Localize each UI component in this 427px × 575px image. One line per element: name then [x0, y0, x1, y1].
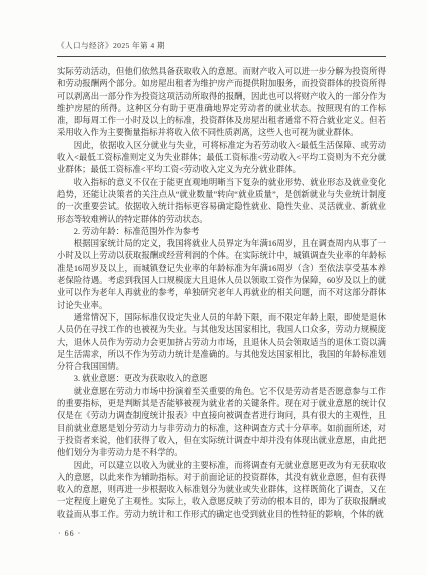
journal-page: 《人口与经济》2025 年第 4 期 实际劳动活动，但他们依然具备获取收入的意愿…: [0, 0, 427, 575]
header-divider: [57, 56, 386, 57]
article-body: 实际劳动活动，但他们依然具备获取收入的意愿。而财产收入可以进一步分解为投资所得和…: [57, 66, 386, 521]
section-heading-employment-willingness: 3. 就业意愿：更改为获取收入的意愿: [57, 373, 386, 385]
paragraph-age-international: 通常情况下，国际标准仅设定失业人员的年龄下限，而不限定年龄上限，即使是退休人员仍…: [57, 312, 386, 373]
journal-issue-label: 《人口与经济》2025 年第 4 期: [57, 41, 165, 50]
journal-header: 《人口与经济》2025 年第 4 期: [57, 40, 386, 51]
paragraph-income-main-standard: 因此，可以建立以收入为就业的主要标准，而将调查有无就业意愿更改为有无获取收入的意…: [57, 460, 386, 521]
paragraph-continuation: 实际劳动活动，但他们依然具备获取收入的意愿。而财产收入可以进一步分解为投资所得和…: [57, 66, 386, 140]
paragraph-income-standard: 因此，依据收入区分就业与失业，可将标准定为若劳动收入<最低生活保障、或劳动收入<…: [57, 140, 386, 177]
paragraph-age-definition: 根据国家统计局的定义，我国将就业人员界定为年满16周岁，且在调查周内从事了一小时…: [57, 238, 386, 312]
paragraph-willingness-role: 就业意愿在劳动力市场中扮演着至关重要的角色。它不仅是劳动者是否愿意参与工作的重要…: [57, 386, 386, 460]
section-heading-labor-age: 2. 劳动年龄：标准范围外作为参考: [57, 226, 386, 238]
page-number: · 66 ·: [58, 529, 81, 538]
page-footer: · 66 ·: [58, 529, 81, 538]
paragraph-income-indicator: 收入指标的意义不仅在于能更直观地明晰当下复杂的就业形势、就业形态及就业变化趋势，…: [57, 177, 386, 226]
